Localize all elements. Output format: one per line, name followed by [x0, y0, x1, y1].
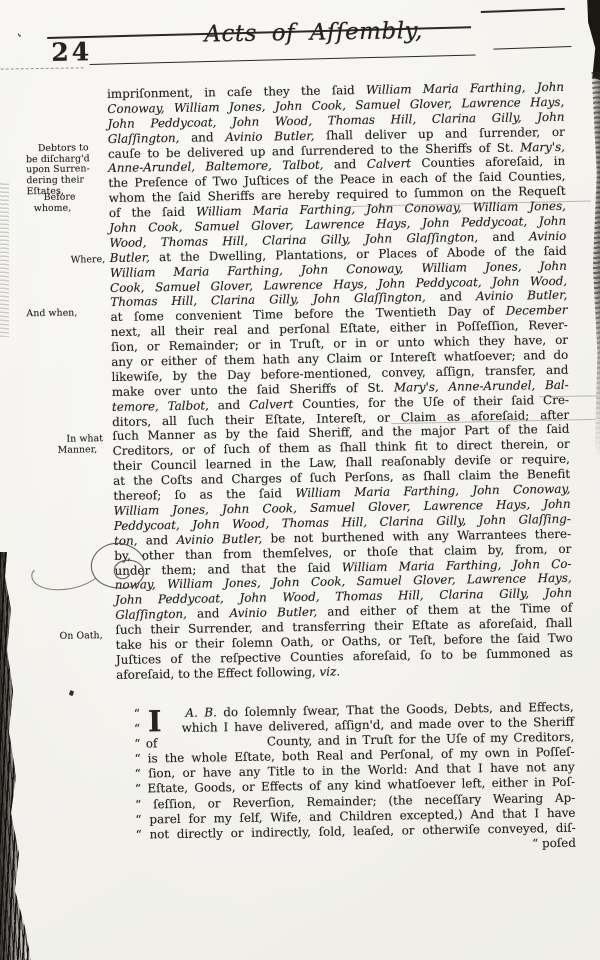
margin-note: Debtors tobe diſcharg'dupon Surren-derin… — [26, 143, 91, 198]
margin-note: And when, — [26, 308, 77, 320]
margin-note-line: And when, — [26, 308, 77, 320]
scanned-book-page: 24 Acts of Aſſembly, Debtors tobe diſcha… — [0, 0, 600, 960]
margin-note-line: whome, — [34, 203, 76, 214]
header-rule-bottom-right — [493, 46, 571, 50]
oath-drop-cap: I — [148, 707, 162, 736]
margin-note: In whatManner, — [57, 434, 103, 456]
page-content: 24 Acts of Aſſembly, Debtors tobe diſcha… — [0, 0, 600, 960]
margin-note-line: On Oath, — [60, 631, 103, 642]
running-title: Acts of Aſſembly, — [161, 17, 466, 48]
page-edge-bleedthrough — [0, 182, 9, 337]
margin-note: Beforewhome, — [34, 192, 76, 214]
margin-notes: Debtors tobe diſcharg'dupon Surren-derin… — [21, 3, 120, 960]
header-rule-top-right — [481, 8, 565, 13]
margin-note: Where, — [71, 255, 106, 266]
oath-paragraph: I “ A. B. do ſolemnly ſwear, That the Go… — [134, 700, 576, 858]
margin-note-line: Manner, — [58, 445, 104, 456]
margin-note: On Oath, — [60, 631, 103, 642]
margin-note-line: Where, — [71, 255, 106, 266]
header-rule-bottom — [90, 55, 476, 65]
body-paragraph: impriſonment, in caſe they the ſaid Will… — [107, 80, 573, 683]
